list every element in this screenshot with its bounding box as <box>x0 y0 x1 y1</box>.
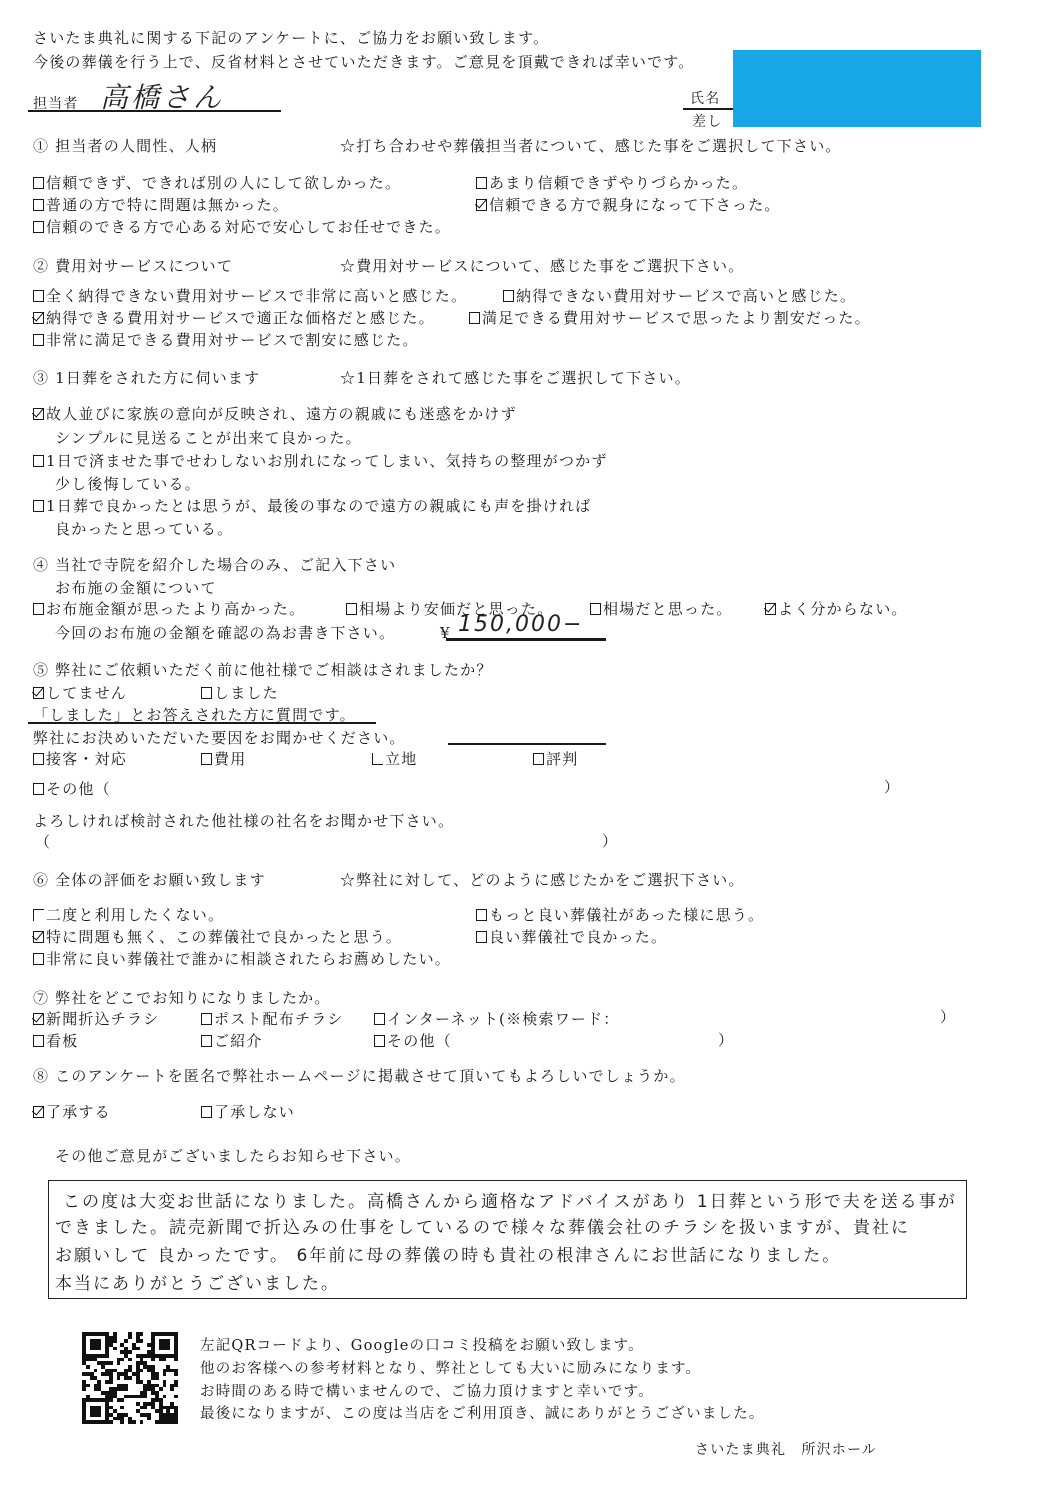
q2-option-1[interactable]: 全く納得できない費用対サービスで非常に高いと感じた。 <box>33 287 467 305</box>
checkbox-checked-icon[interactable] <box>33 1013 44 1025</box>
comment-line-2: できました。読売新聞で折込みの仕事をしているので様々な葬儀会社のチラシを扱います… <box>55 1213 910 1238</box>
footer-line-1: 左記QRコードより、Googleの口コミ投稿をお願い致します。 <box>200 1337 644 1355</box>
staff-underline <box>28 110 281 112</box>
checkbox-icon[interactable] <box>201 1035 212 1047</box>
q6-option-3[interactable]: 特に問題も無く、この葬儀社で良かったと思う。 <box>33 928 402 946</box>
q6-option-1[interactable]: 二度と利用したくない。 <box>33 906 224 924</box>
redaction-block <box>733 50 981 127</box>
q4-title: ④ 当社で寺院を紹介した場合のみ、ご記入下さい <box>33 556 396 574</box>
checkbox-checked-icon[interactable] <box>33 312 44 324</box>
checkbox-icon[interactable] <box>33 500 44 512</box>
q3-option-2-cont: 少し後悔している。 <box>55 475 201 493</box>
checkbox-icon[interactable] <box>590 603 601 615</box>
q6-instruction: ☆弊社に対して、どのように感じたかをご選択下さい。 <box>340 871 745 889</box>
q6-option-5[interactable]: 非常に良い葬儀社で誰かに相談されたらお薦めしたい。 <box>33 950 451 968</box>
checkbox-icon[interactable] <box>476 931 487 943</box>
q8-option-disagree[interactable]: 了承しない <box>201 1103 295 1121</box>
q5-other[interactable]: その他（ <box>33 780 111 798</box>
q1-title: ① 担当者の人間性、人柄 <box>33 137 217 155</box>
checkbox-icon[interactable] <box>33 603 44 615</box>
q7-option-2[interactable]: ポスト配布チラシ <box>201 1010 344 1028</box>
q8-title: ⑧ このアンケートを匿名で弊社ホームページに掲載させて頂いてもよろしいでしょうか… <box>33 1067 686 1085</box>
q7-option-5[interactable]: ご紹介 <box>201 1032 263 1050</box>
q5-company-prompt: よろしければ検討された他社様の社名をお聞かせ下さい。 <box>33 812 454 830</box>
q2-title: ② 費用対サービスについて <box>33 257 233 275</box>
checkbox-checked-icon[interactable] <box>33 408 44 420</box>
q5-reason-4[interactable]: 評判 <box>533 750 578 768</box>
q3-instruction: ☆1日葬をされて感じた事をご選択して下さい。 <box>340 369 691 387</box>
footer-line-3: お時間のある時で構いませんので、ご協力頂けますと幸いです。 <box>200 1383 654 1401</box>
q2-option-2[interactable]: 納得できない費用対サービスで高いと感じた。 <box>503 287 856 305</box>
checkbox-icon[interactable] <box>201 687 212 699</box>
q7-option-3-close: ） <box>940 1008 956 1026</box>
checkbox-checked-icon[interactable] <box>33 1106 44 1118</box>
qr-code-icon[interactable] <box>82 1332 178 1424</box>
q5-note-underline <box>28 722 376 724</box>
checkbox-icon[interactable] <box>33 199 44 211</box>
q2-option-4[interactable]: 満足できる費用対サービスで思ったより割安だった。 <box>469 309 871 327</box>
intro-line-2: 今後の葬儀を行う上で、反省材料とさせていただきます。ご意見を頂戴できれば幸いです… <box>33 53 695 71</box>
checkbox-icon[interactable] <box>201 753 212 765</box>
q3-option-3[interactable]: 1日葬で良かったとは思うが、最後の事なので遠方の親戚にも声を掛ければ <box>33 497 591 515</box>
q1-option-2[interactable]: あまり信頼できずやりづらかった。 <box>476 174 748 192</box>
checkbox-icon[interactable] <box>33 290 44 302</box>
q7-option-1[interactable]: 新聞折込チラシ <box>33 1010 159 1028</box>
comments-box[interactable]: この度は大変お世話になりました。高橋さんから適格なアドバイスがあり 1日葬という… <box>48 1180 967 1299</box>
q6-option-2[interactable]: もっと良い葬儀社があった様に思う。 <box>476 906 764 924</box>
checkbox-icon[interactable] <box>33 909 44 921</box>
name-underline <box>683 108 738 110</box>
checkbox-icon[interactable] <box>533 753 544 765</box>
checkbox-icon[interactable] <box>33 753 44 765</box>
q5-option-no[interactable]: してません <box>33 684 127 702</box>
q1-option-5[interactable]: 信頼のできる方で心ある対応で安心してお任せできた。 <box>33 218 451 236</box>
q1-option-1[interactable]: 信頼できず、できれば別の人にして欲しかった。 <box>33 174 401 192</box>
checkbox-icon[interactable] <box>372 753 383 765</box>
checkbox-icon[interactable] <box>33 953 44 965</box>
comments-prompt: その他ご意見がございましたらお知らせ下さい。 <box>55 1147 411 1165</box>
q5-company-open: （ <box>35 833 51 851</box>
q5-reason-1[interactable]: 接客・対応 <box>33 750 127 768</box>
q5-title: ⑤ 弊社にご依頼いただく前に他社様でご相談はされましたか？ <box>33 661 493 679</box>
checkbox-icon[interactable] <box>503 290 514 302</box>
checkbox-icon[interactable] <box>201 1106 212 1118</box>
q5-option-yes[interactable]: しました <box>201 684 279 702</box>
comment-line-4: 本当にありがとうございました。 <box>55 1269 340 1294</box>
q7-option-3[interactable]: インターネット(※検索ワード： <box>374 1010 620 1028</box>
q1-option-3[interactable]: 普通の方で特に問題は無かった。 <box>33 196 289 214</box>
q3-option-2[interactable]: 1日で済ませた事でせわしないお別れになってしまい、気持ちの整理がつかず <box>33 452 608 470</box>
q2-instruction: ☆費用対サービスについて、感じた事をご選択下さい。 <box>340 257 744 275</box>
q5-reason-line <box>448 743 606 745</box>
footer-signature: さいたま典礼 所沢ホール <box>695 1441 877 1459</box>
checkbox-icon[interactable] <box>469 312 480 324</box>
q2-option-3[interactable]: 納得できる費用対サービスで適正な価格だと感じた。 <box>33 309 435 327</box>
q7-title: ⑦ 弊社をどこでお知りになりましたか。 <box>33 989 331 1007</box>
checkbox-icon[interactable] <box>33 177 44 189</box>
comment-line-3: お願いして 良かったです。 6年前に母の葬儀の時も貴社の根津さんにお世話になりま… <box>55 1241 841 1266</box>
q8-option-agree[interactable]: 了承する <box>33 1103 111 1121</box>
q6-option-4[interactable]: 良い葬儀社で良かった。 <box>476 928 667 946</box>
checkbox-icon[interactable] <box>33 1035 44 1047</box>
q4-option-1[interactable]: お布施金額が思ったより高かった。 <box>33 600 305 618</box>
q7-option-6[interactable]: その他（ <box>374 1032 452 1050</box>
q4-amount-underline <box>446 638 606 641</box>
q3-option-3-cont: 良かったと思っている。 <box>55 520 233 538</box>
q7-option-4[interactable]: 看板 <box>33 1032 78 1050</box>
checkbox-icon[interactable] <box>33 783 44 795</box>
intro-line-1: さいたま典礼に関する下記のアンケートに、ご協力をお願い致します。 <box>33 29 549 47</box>
checkbox-checked-icon[interactable] <box>476 199 487 211</box>
q1-option-4[interactable]: 信頼できる方で親身になって下さった。 <box>476 196 781 214</box>
checkbox-checked-icon[interactable] <box>33 687 44 699</box>
q6-title: ⑥ 全体の評価をお願い致します <box>33 871 266 889</box>
checkbox-icon[interactable] <box>346 603 357 615</box>
q5-company-close: ） <box>602 832 618 850</box>
q2-option-5[interactable]: 非常に満足できる費用対サービスで割安に感じた。 <box>33 331 419 349</box>
q5-reason-3[interactable]: 立地 <box>372 750 417 768</box>
q1-instruction: ☆打ち合わせや葬儀担当者について、感じた事をご選択して下さい。 <box>340 137 842 155</box>
name-label: 氏名 <box>690 90 720 108</box>
q5-reason-prompt: 弊社にお決めいただいた要因をお聞かせください。 <box>33 729 406 747</box>
checkbox-icon[interactable] <box>476 177 487 189</box>
checkbox-checked-icon[interactable] <box>33 931 44 943</box>
q5-reason-2[interactable]: 費用 <box>201 750 246 768</box>
q3-option-1-cont: シンプルに見送ることが出来て良かった。 <box>55 429 362 447</box>
checkbox-icon[interactable] <box>374 1035 385 1047</box>
q3-option-1[interactable]: 故人並びに家族の意向が反映され、遠方の親戚にも迷惑をかけず <box>33 405 517 423</box>
sender-label: 差し <box>692 113 722 131</box>
comment-line-1: この度は大変お世話になりました。高橋さんから適格なアドバイスがあり 1日葬という… <box>63 1187 957 1212</box>
footer-line-2: 他のお客様への参考材料となり、弊社としても大いに励みになります。 <box>200 1360 701 1378</box>
checkbox-icon[interactable] <box>476 909 487 921</box>
checkbox-icon[interactable] <box>33 221 44 233</box>
checkbox-checked-icon[interactable] <box>765 603 776 615</box>
q4-option-4[interactable]: よく分からない。 <box>765 600 908 618</box>
q4-amount-prompt: 今回のお布施の金額を確認の為お書き下さい。 <box>55 624 395 642</box>
footer-line-4: 最後になりますが、この度は当店をご利用頂き、誠にありがとうございました。 <box>200 1405 765 1423</box>
checkbox-icon[interactable] <box>33 455 44 467</box>
checkbox-icon[interactable] <box>201 1013 212 1025</box>
q3-title: ③ 1日葬をされた方に伺います <box>33 369 260 387</box>
q4-option-3[interactable]: 相場だと思った。 <box>590 600 733 618</box>
q5-other-close: ） <box>884 778 900 796</box>
checkbox-icon[interactable] <box>33 334 44 346</box>
q4-amount-handwritten[interactable]: 150,000− <box>458 612 583 637</box>
q7-option-6-close: ） <box>718 1031 734 1049</box>
q4-subtitle: お布施の金額について <box>55 579 217 597</box>
checkbox-icon[interactable] <box>374 1013 385 1025</box>
